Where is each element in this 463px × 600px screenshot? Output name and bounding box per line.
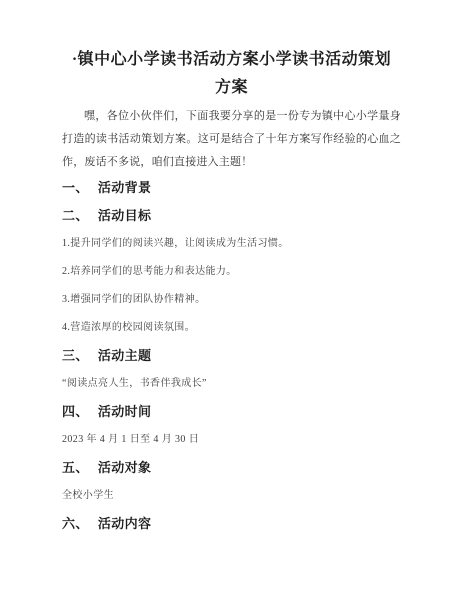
section-title: 活动背景 bbox=[98, 180, 152, 195]
section-heading-time: 四、活动时间 bbox=[62, 398, 401, 426]
document-page: ·镇中心小学读书活动方案小学读书活动策划方案 嘿，各位小伙伴们，下面我要分享的是… bbox=[0, 0, 463, 600]
intro-paragraph: 嘿，各位小伙伴们，下面我要分享的是一份专为镇中心小学量身打造的读书活动策划方案。… bbox=[62, 105, 401, 174]
section-number: 六、 bbox=[62, 516, 89, 531]
goal-item-4: 4.营造浓厚的校园阅读氛围。 bbox=[62, 314, 401, 342]
theme-text: “阅读点亮人生，书香伴我成长” bbox=[62, 370, 401, 398]
section-heading-goals: 二、活动目标 bbox=[62, 202, 401, 230]
section-number: 五、 bbox=[62, 460, 89, 475]
section-number: 一、 bbox=[62, 180, 89, 195]
section-number: 三、 bbox=[62, 348, 89, 363]
section-heading-theme: 三、活动主题 bbox=[62, 342, 401, 370]
goal-item-1: 1.提升同学们的阅读兴趣，让阅读成为生活习惯。 bbox=[62, 230, 401, 258]
section-title: 活动内容 bbox=[98, 516, 152, 531]
audience-text: 全校小学生 bbox=[62, 482, 401, 510]
time-text: 2023 年 4 月 1 日至 4 月 30 日 bbox=[62, 426, 401, 454]
document-content: ·镇中心小学读书活动方案小学读书活动策划方案 嘿，各位小伙伴们，下面我要分享的是… bbox=[0, 0, 463, 538]
section-heading-audience: 五、活动对象 bbox=[62, 454, 401, 482]
goal-item-3: 3.增强同学们的团队协作精神。 bbox=[62, 286, 401, 314]
section-title: 活动对象 bbox=[98, 460, 152, 475]
document-title: ·镇中心小学读书活动方案小学读书活动策划方案 bbox=[71, 46, 393, 102]
goal-item-2: 2.培养同学们的思考能力和表达能力。 bbox=[62, 258, 401, 286]
section-number: 二、 bbox=[62, 208, 89, 223]
section-title: 活动目标 bbox=[98, 208, 152, 223]
section-number: 四、 bbox=[62, 404, 89, 419]
section-title: 活动时间 bbox=[98, 404, 152, 419]
section-title: 活动主题 bbox=[98, 348, 152, 363]
section-heading-background: 一、活动背景 bbox=[62, 174, 401, 202]
section-heading-content: 六、活动内容 bbox=[62, 510, 401, 538]
